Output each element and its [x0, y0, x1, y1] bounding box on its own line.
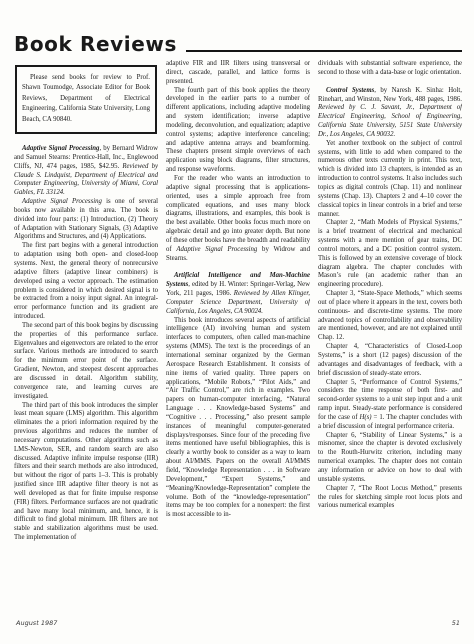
- column-1: Please send books for review to Prof. Sh…: [14, 60, 158, 612]
- review-1-citation: Adaptive Signal Processing, by Bernard W…: [14, 145, 158, 198]
- review-1-paragraph: The first part begins with a general int…: [14, 242, 158, 322]
- review-3-paragraph: Chapter 7, “The Root Locus Method,” pres…: [318, 485, 462, 512]
- review-1-paragraph: Adaptive Signal Processing is one of sev…: [14, 198, 158, 242]
- footer-page-number: 51: [452, 619, 460, 627]
- footer-date: August 1987: [16, 619, 57, 627]
- notice-text: Please send books for review to Prof. Sh…: [22, 73, 150, 125]
- review-1-paragraph: The fourth part of this book applies the…: [166, 87, 310, 175]
- review-1-paragraph: For the reader who wants an introduction…: [166, 175, 310, 263]
- column-3: dividuals with substantial software expe…: [318, 60, 462, 612]
- column-2: adaptive FIR and IIR filters using trans…: [166, 60, 310, 612]
- page-title: Book Reviews: [14, 33, 177, 55]
- page-footer: August 1987 51: [16, 619, 460, 627]
- review-3-paragraph: Yet another textbook on the subject of c…: [318, 140, 462, 220]
- title-rule: [186, 50, 462, 52]
- review-3-paragraph: Chapter 5, “Performance of Control Syste…: [318, 379, 462, 432]
- journal-page: Book Reviews Please send books for revie…: [0, 0, 474, 644]
- review-2-paragraph: This book introduces several aspects of …: [166, 317, 310, 520]
- review-submission-notice: Please send books for review to Prof. Sh…: [15, 65, 157, 134]
- review-3-paragraph: Chapter 6, “Stability of Linear Systems,…: [318, 432, 462, 485]
- review-3-paragraph: Chapter 2, “Math Models of Physical Syst…: [318, 219, 462, 290]
- article-columns: Please send books for review to Prof. Sh…: [14, 60, 462, 612]
- review-3-paragraph: Chapter 4, “Characteristics of Closed-Lo…: [318, 343, 462, 378]
- review-3-paragraph: Chapter 3, “State-Space Methods,” which …: [318, 290, 462, 343]
- review-1-paragraph-continued: adaptive FIR and IIR filters using trans…: [166, 60, 310, 87]
- review-1-paragraph: The second part of this book begins by d…: [14, 322, 158, 402]
- review-3-citation: Control Systems, by Naresh K. Sinha: Hol…: [318, 87, 462, 140]
- review-2-paragraph-continued: dividuals with substantial software expe…: [318, 60, 462, 78]
- review-2-citation: Artificial Intelligence and Man-Machine …: [166, 272, 310, 316]
- review-1-paragraph: The third part of this book introduces t…: [14, 402, 158, 544]
- page-header: Book Reviews: [14, 33, 462, 55]
